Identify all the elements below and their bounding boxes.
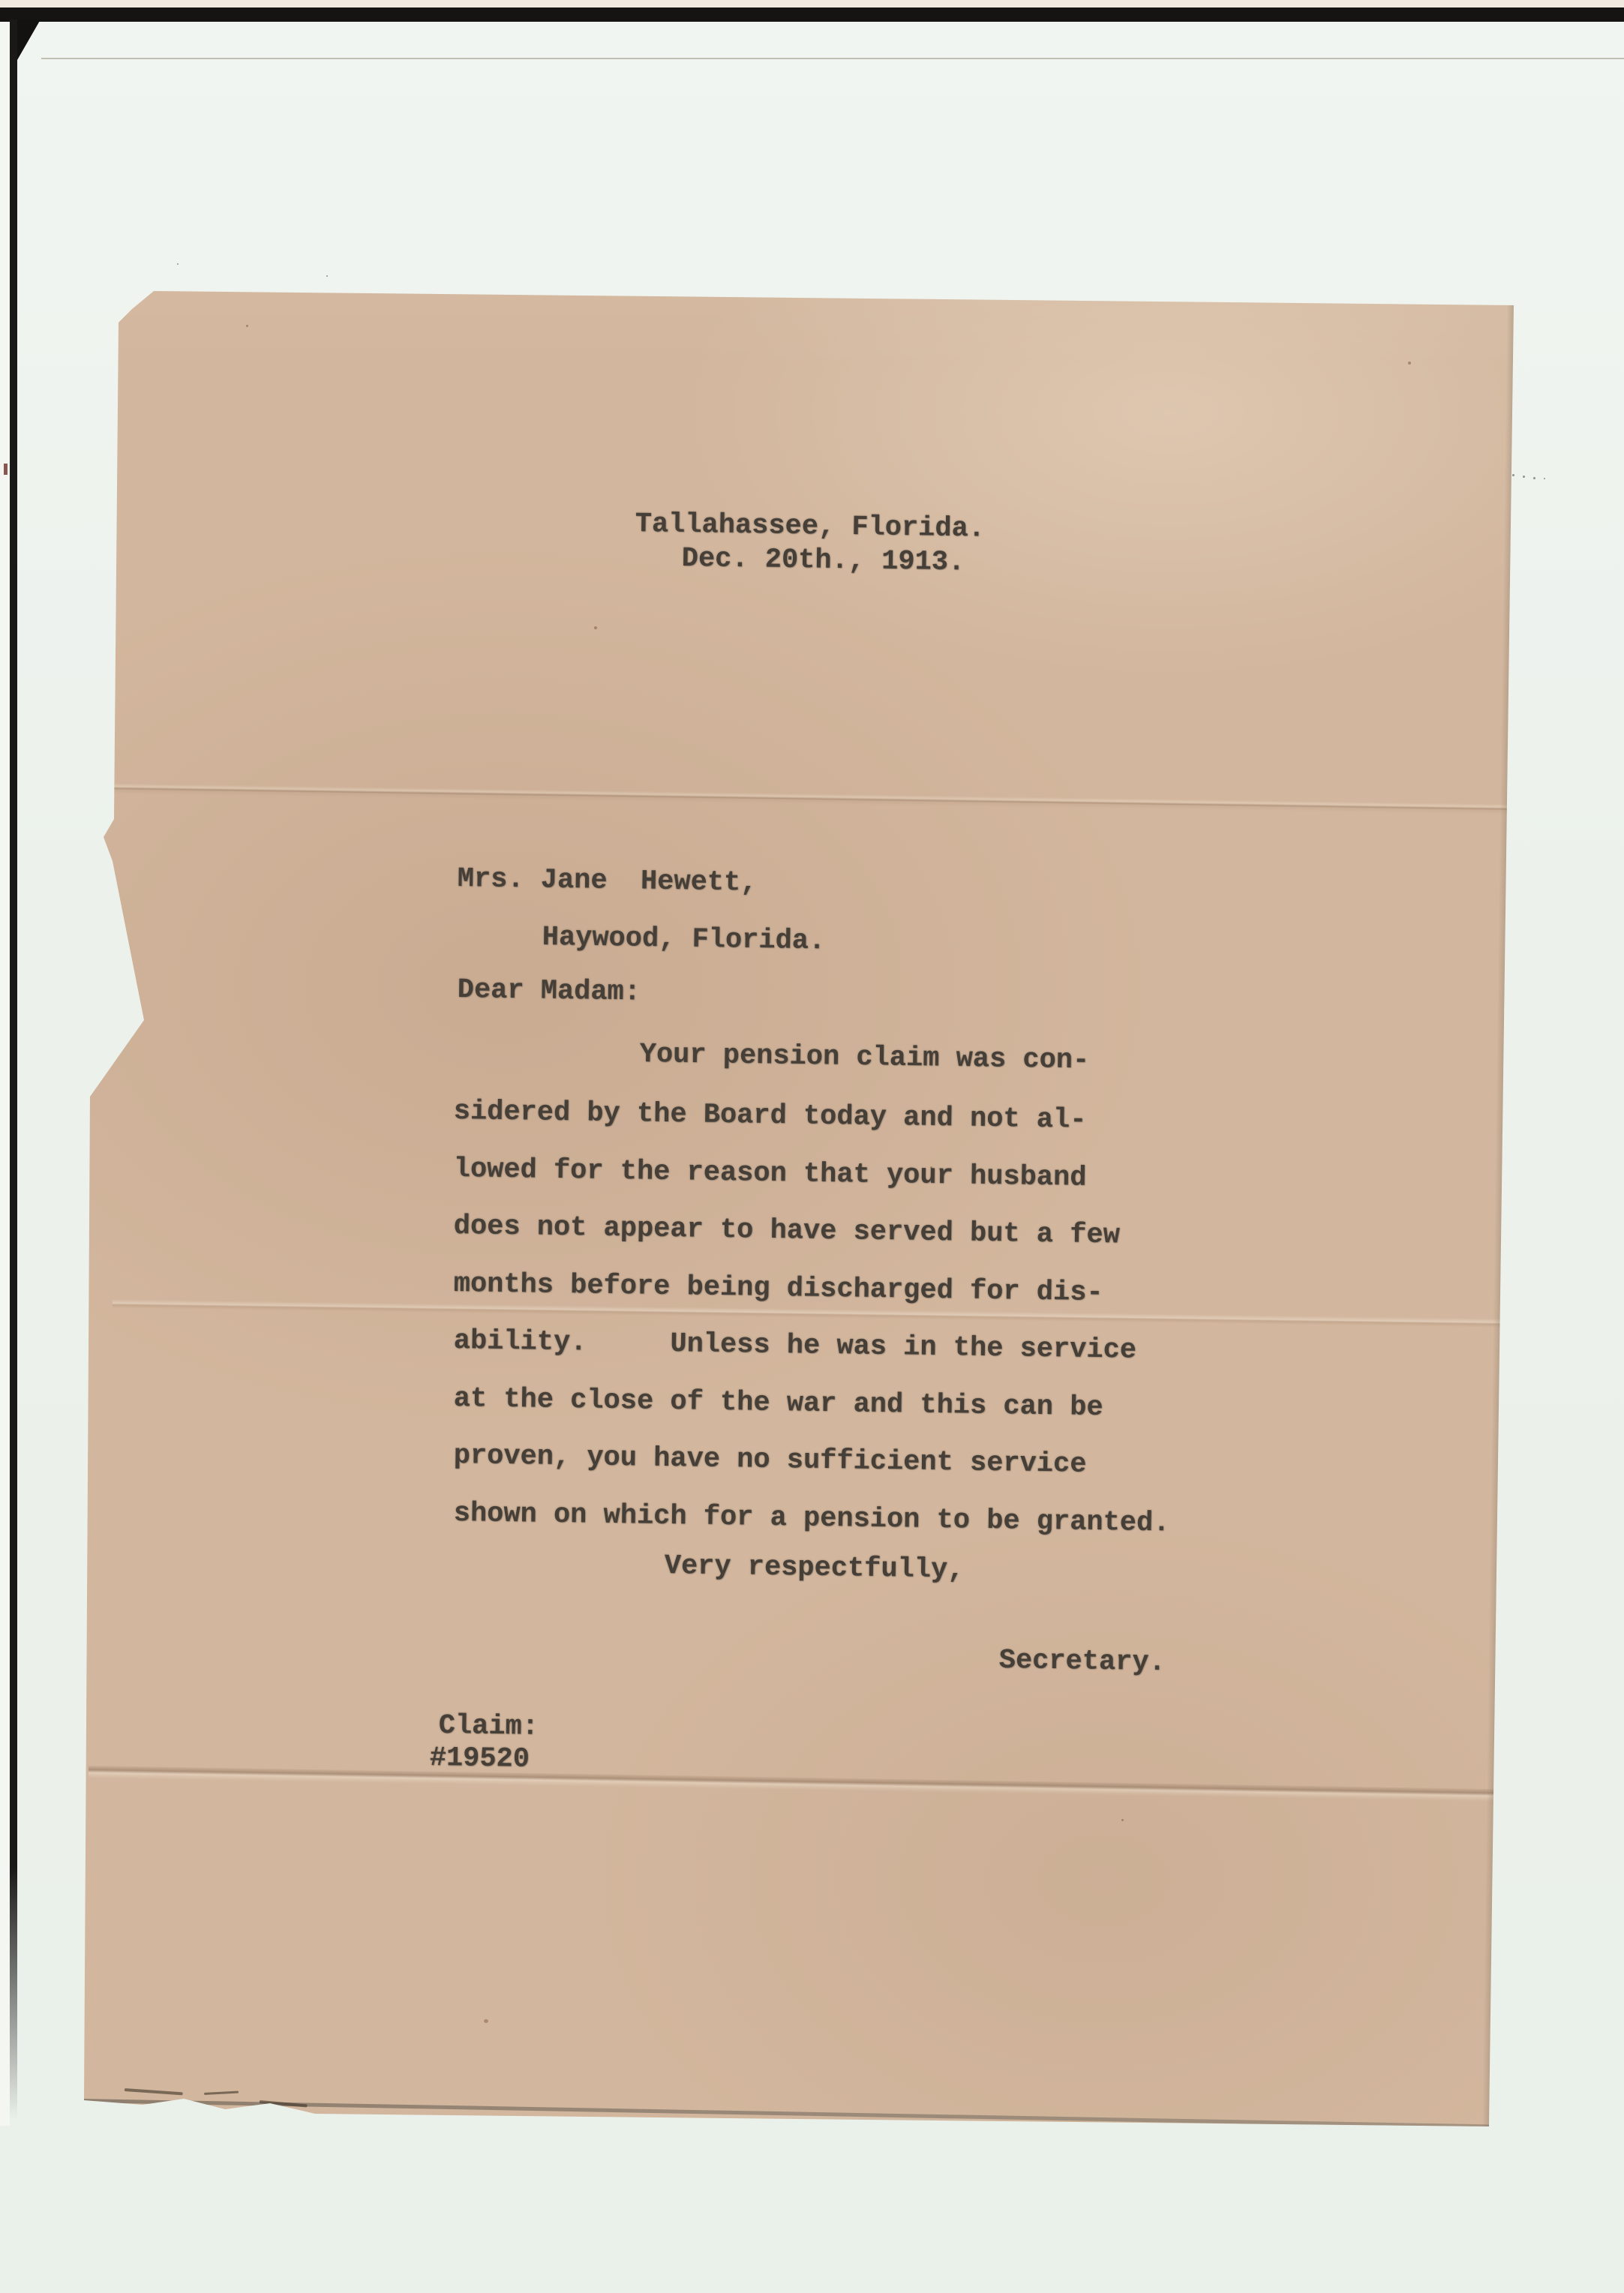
dust-speck bbox=[1512, 474, 1514, 476]
paper-speck bbox=[246, 325, 248, 327]
fold-crease-lower bbox=[89, 1766, 1517, 1802]
scanner-top-margin bbox=[0, 0, 1624, 8]
body-line: proven, you have no sufficient service bbox=[453, 1442, 1086, 1479]
paper-speck bbox=[594, 626, 597, 629]
recipient-address-line: Haywood, Florida. bbox=[542, 924, 825, 956]
paper-speck bbox=[1408, 362, 1411, 365]
body-line: months before being discharged for dis- bbox=[453, 1271, 1103, 1307]
tear-mark bbox=[260, 2100, 308, 2108]
body-line: shown on which for a pension to be grant… bbox=[453, 1500, 1169, 1538]
paper-right-edge-shadow bbox=[1482, 303, 1514, 2130]
fold-crease-upper bbox=[98, 783, 1523, 815]
scanner-top-edge bbox=[0, 8, 1624, 22]
scanned-letter-page: Tallahassee, Florida. Dec. 20th., 1913. … bbox=[0, 0, 1624, 2293]
paper-speck bbox=[484, 2019, 488, 2023]
closing-line: Very respectfully, bbox=[664, 1553, 964, 1585]
claim-label: Claim: bbox=[438, 1712, 539, 1742]
body-line: at the close of the war and this can be bbox=[453, 1385, 1103, 1422]
body-line: does not appear to have served but a few bbox=[453, 1213, 1120, 1250]
tear-mark bbox=[125, 2088, 183, 2095]
body-line: ability. Unless he was in the service bbox=[453, 1328, 1136, 1365]
scanner-left-margin bbox=[0, 22, 10, 2126]
salutation-line: Dear Madam: bbox=[457, 977, 641, 1007]
recipient-name-line: Mrs. Jane Hewett, bbox=[457, 866, 757, 898]
dateline-date: Dec. 20th., 1913. bbox=[681, 545, 965, 577]
body-line: sidered by the Board today and not al- bbox=[453, 1098, 1086, 1135]
paper-texture bbox=[0, 0, 1624, 2293]
scan-artifact-mark bbox=[4, 464, 8, 475]
dust-speck bbox=[177, 263, 179, 265]
claim-number: #19520 bbox=[429, 1745, 530, 1774]
dust-speck bbox=[1533, 477, 1535, 479]
letter-paper: Tallahassee, Florida. Dec. 20th., 1913. … bbox=[0, 0, 1624, 2293]
scanner-left-edge bbox=[10, 20, 17, 2120]
dust-speck bbox=[326, 275, 328, 277]
scan-artifact-line bbox=[41, 58, 1624, 59]
body-line: Your pension claim was con- bbox=[639, 1041, 1089, 1075]
body-line: lowed for the reason that your husband bbox=[453, 1156, 1086, 1193]
dust-speck bbox=[1523, 476, 1525, 478]
signature-line: Secretary. bbox=[998, 1647, 1166, 1677]
dust-speck bbox=[1544, 478, 1545, 479]
dateline-city: Tallahassee, Florida. bbox=[635, 511, 985, 544]
tear-mark bbox=[204, 2091, 239, 2095]
paper-speck bbox=[1121, 1819, 1124, 1821]
